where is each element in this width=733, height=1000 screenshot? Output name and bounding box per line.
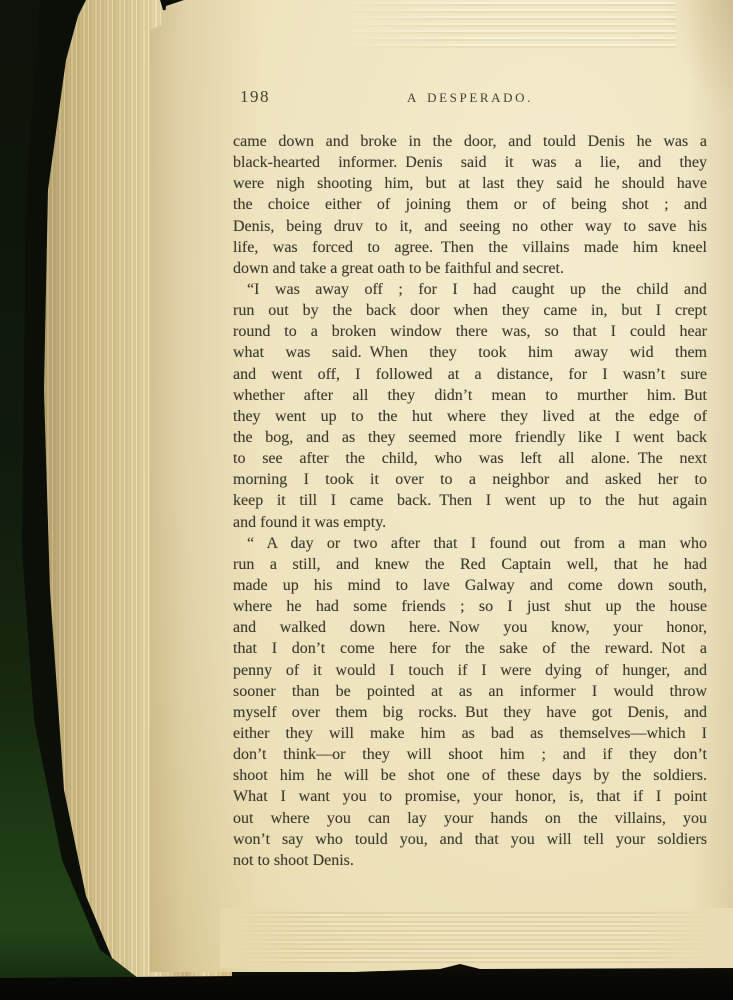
page-header: 198 A DESPERADO. [233, 87, 707, 109]
book-page: 198 A DESPERADO. came down and broke in … [150, 0, 733, 972]
text-line: run out by the back door when they came … [233, 300, 707, 321]
text-line: Denis, being druv to it, and seeing no o… [233, 216, 707, 237]
text-line: penny of it would I touch if I were dyin… [233, 660, 707, 681]
text-line: don’t think—or they will shoot him ; and… [233, 744, 707, 765]
text-line: myself over them big rocks. But they hav… [233, 702, 707, 723]
text-line: keep it till I came back. Then I went up… [233, 490, 707, 511]
running-head: A DESPERADO. [233, 90, 707, 106]
text-line: were nigh shooting him, but at last they… [233, 173, 707, 194]
text-line: that I don’t come here for the sake of t… [233, 638, 707, 659]
text-line: to see after the child, who was left all… [233, 448, 707, 469]
text-line: and walked down here. Now you know, your… [233, 617, 707, 638]
text-line: made up his mind to lave Galway and come… [233, 575, 707, 596]
text-line: round to a broken window there was, so t… [233, 321, 707, 342]
text-line: black-hearted informer. Denis said it wa… [233, 152, 707, 173]
text-line: run a still, and knew the Red Captain we… [233, 554, 707, 575]
body-text: came down and broke in the door, and tou… [233, 131, 707, 871]
text-line: life, was forced to agree. Then the vill… [233, 237, 707, 258]
text-line: out where you can lay your hands on the … [233, 808, 707, 829]
text-line: “ A day or two after that I found out fr… [233, 533, 707, 554]
text-line: the choice either of joining them or of … [233, 194, 707, 215]
text-line: not to shoot Denis. [233, 850, 707, 871]
text-line: what was said. When they took him away w… [233, 342, 707, 363]
text-line: down and take a great oath to be faithfu… [233, 258, 707, 279]
text-line: where he had some friends ; so I just sh… [233, 596, 707, 617]
text-line: and found it was empty. [233, 512, 707, 533]
text-line: “I was away off ; for I had caught up th… [233, 279, 707, 300]
text-line: the bog, and as they seemed more friendl… [233, 427, 707, 448]
text-line: whether after all they didn’t mean to mu… [233, 385, 707, 406]
page-edges-top-fade [336, 0, 466, 52]
book-photo: 198 A DESPERADO. came down and broke in … [0, 0, 733, 1000]
text-line: won’t say who tould you, and that you wi… [233, 829, 707, 850]
text-line: they went up to the hut where they lived… [233, 406, 707, 427]
page-edges-bottom-fade-left [220, 908, 310, 968]
text-line: What I want you to promise, your honor, … [233, 786, 707, 807]
page-edges-bottom-fade-right [630, 908, 733, 968]
text-line: either they will make him as bad as them… [233, 723, 707, 744]
text-line: sooner than be pointed at as an informer… [233, 681, 707, 702]
text-line: shoot him he will be shot one of these d… [233, 765, 707, 786]
text-line: morning I took it over to a neighbor and… [233, 469, 707, 490]
text-line: and went off, I followed at a distance, … [233, 364, 707, 385]
text-line: came down and broke in the door, and tou… [233, 131, 707, 152]
